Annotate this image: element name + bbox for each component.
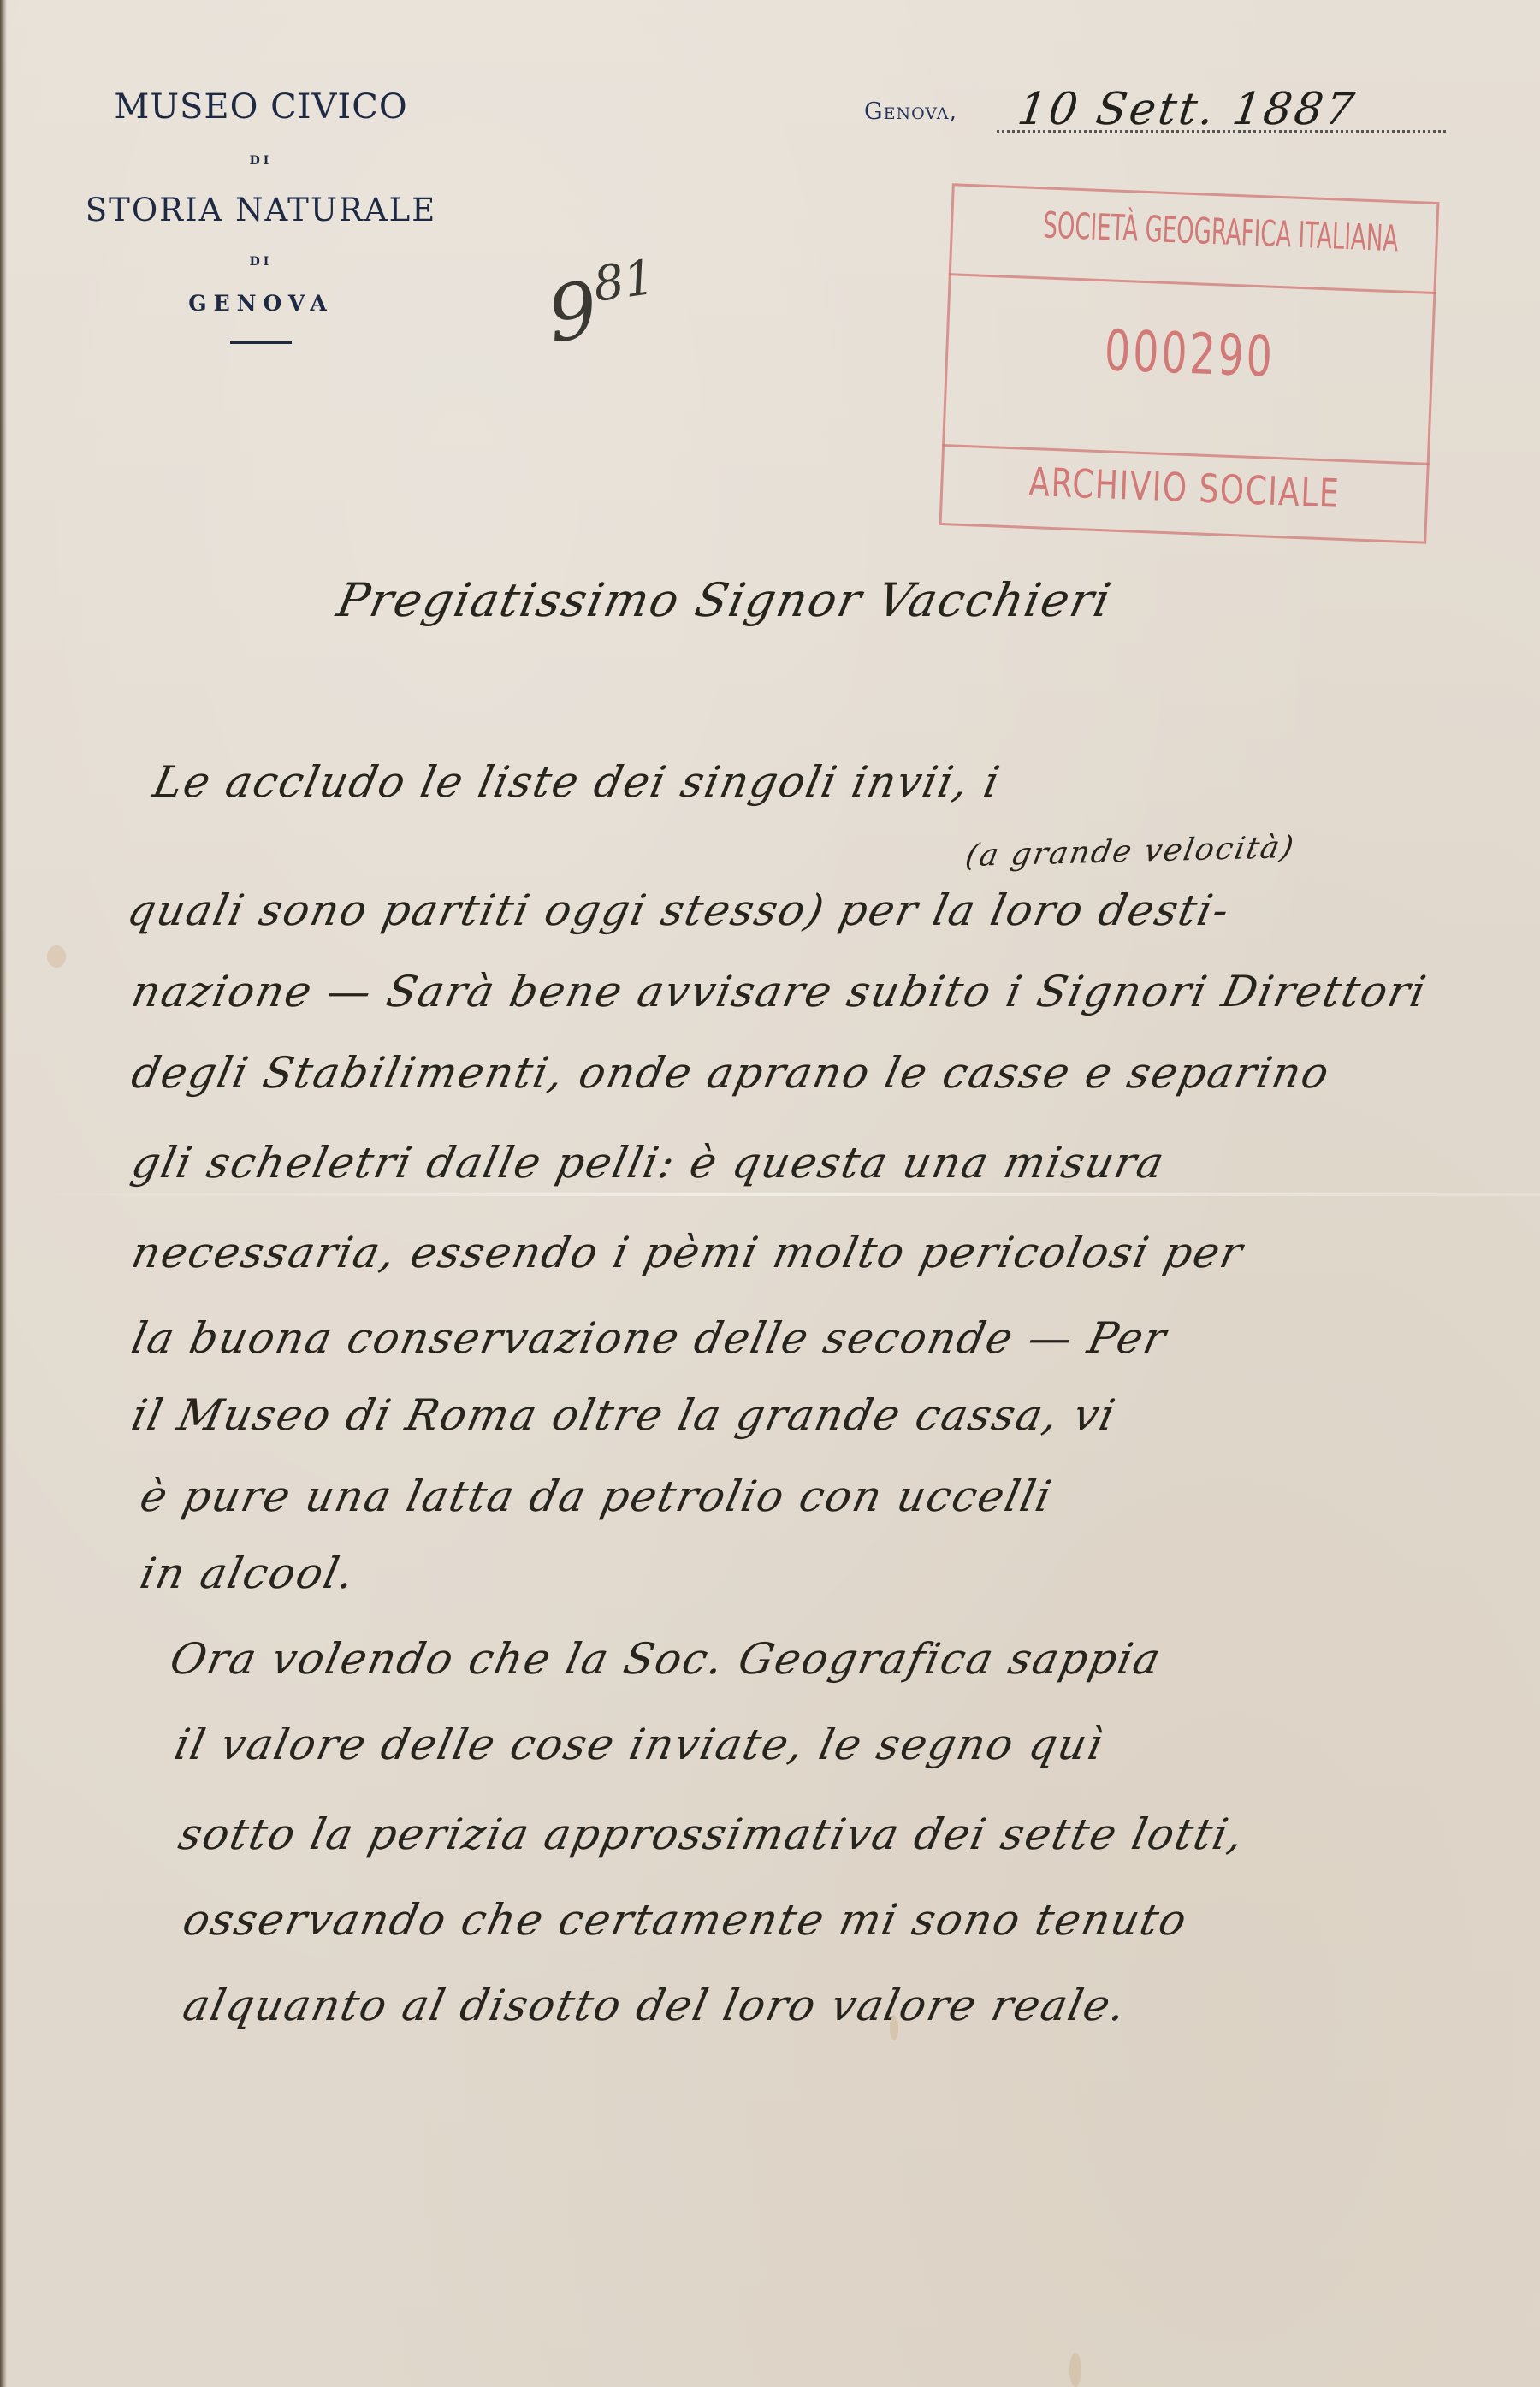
letterhead-museum: MUSEO CIVICO xyxy=(51,81,471,133)
archive-stamp: SOCIETÀ GEOGRAFICA ITALIANA 000290 ARCHI… xyxy=(939,183,1440,544)
letterhead-di: DI xyxy=(51,254,471,269)
paper-stain xyxy=(1069,2353,1081,2387)
letter-line: il Museo di Roma oltre la grande cassa, … xyxy=(127,1390,1121,1440)
dateline: Genova, 10 Sett. 1887 xyxy=(864,86,1437,137)
letterhead: MUSEO CIVICO DI STORIA NATURALE DI GENOV… xyxy=(51,81,471,344)
letterhead-di: DI xyxy=(51,153,471,169)
insertion-note: (a grande velocità) xyxy=(962,830,1298,874)
letter-page: MUSEO CIVICO DI STORIA NATURALE DI GENOV… xyxy=(0,0,1540,2387)
paper-stain xyxy=(47,945,66,968)
letter-line: nazione — Sarà bene avvisare subito i Si… xyxy=(127,967,1431,1016)
letter-line: osservando che certamente mi sono tenuto xyxy=(179,1895,1193,1945)
letter-line: in alcool. xyxy=(136,1549,360,1598)
letter-line: gli scheletri dalle pelli: è questa una … xyxy=(127,1138,1170,1188)
stamp-number: 000290 xyxy=(1013,314,1366,394)
letter-line: Le accludo le liste dei singoli invii, i xyxy=(149,757,1005,807)
letter-line: degli Stabilimenti, onde aprano le casse… xyxy=(127,1048,1335,1098)
letter-line: il valore delle cose inviate, le segno q… xyxy=(170,1720,1109,1769)
paper-fold xyxy=(0,1193,1540,1196)
salutation: Pregiatissimo Signor Vacchieri xyxy=(332,573,1116,627)
letter-line: Ora volendo che la Soc. Geografica sappi… xyxy=(166,1634,1166,1684)
letter-line: alquanto al disotto del loro valore real… xyxy=(179,1981,1132,2030)
letterhead-city: GENOVA xyxy=(51,288,471,319)
archive-number: 981 xyxy=(542,250,664,361)
letter-line: la buona conservazione delle seconde — P… xyxy=(127,1313,1172,1363)
letter-line: necessaria, essendo i pèmi molto pericol… xyxy=(127,1228,1248,1277)
date-city: Genova, xyxy=(864,98,957,125)
archive-number-sup: 81 xyxy=(589,250,658,313)
letter-line: sotto la perizia approssimativa dei sett… xyxy=(175,1809,1249,1859)
letterhead-subject: STORIA NATURALE xyxy=(51,187,471,234)
letter-line: quali sono partiti oggi stesso) per la l… xyxy=(123,885,1235,935)
date-handwritten: 10 Sett. 1887 xyxy=(1015,84,1360,135)
letterhead-rule xyxy=(230,341,292,344)
letter-line: è pure una latta da petrolio con uccelli xyxy=(136,1472,1057,1521)
